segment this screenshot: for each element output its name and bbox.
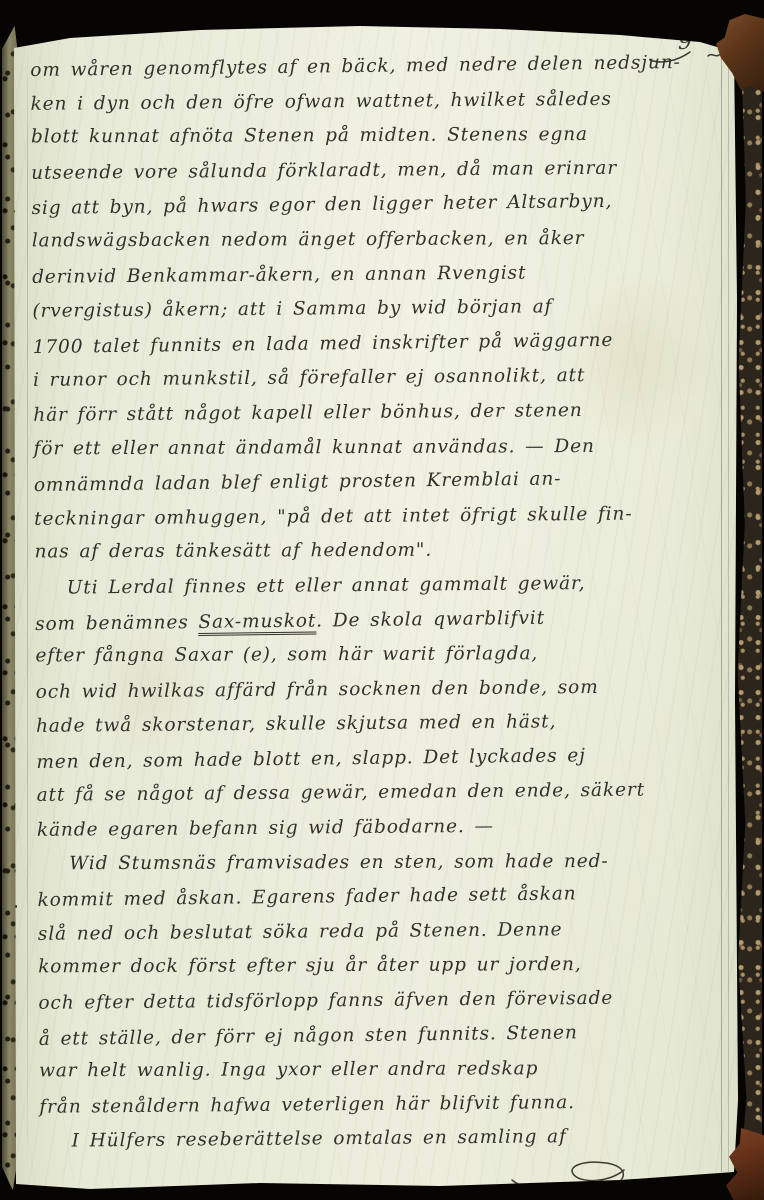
manuscript-line: här förr stått något kapell eller bönhus… [33,393,681,433]
line-text: men den, som hade blott en, slapp. Det l… [36,745,586,773]
line-text: som benämnes [35,611,199,634]
line-text: kände egaren befann sig wid fäbodarne. — [37,816,494,841]
line-text: utseende vore sålunda förklaradt, men, d… [31,158,617,184]
line-text: blott kunnat afnöta Stenen på midten. St… [31,124,588,147]
manuscript-line: ken i dyn och den öfre ofwan wattnet, hw… [30,82,678,122]
line-text: . De skola qwarblifvit [316,607,545,631]
line-text: (rvergistus) åkern; att i Samma by wid b… [32,296,552,322]
manuscript-lines: om wåren genomflytes af en bäck, med ned… [30,47,688,1160]
manuscript-line: sig att byn, på hwars egor den ligger he… [31,184,679,227]
line-text: sig att byn, på hwars egor den ligger he… [31,191,612,219]
line-text: Wid Stumsnäs framvisades en sten, som ha… [69,851,608,874]
line-text: och efter detta tidsförlopp fanns äfven … [38,988,613,1014]
line-text: om wåren genomflytes af en bäck, med ned… [30,52,681,81]
line-text: 1700 talet funnits en lada med inskrifte… [33,330,614,358]
line-text: slå ned och beslutat söka reda på Stenen… [38,919,563,945]
line-text: att få se något af dessa gewär, emedan d… [37,780,646,806]
manuscript-line: att få se något af dessa gewär, emedan d… [37,774,685,814]
manuscript-line: landswägsbacken nedom änget offerbacken,… [32,222,680,259]
line-text: från stenåldern hafwa veterligen här bli… [39,1092,575,1118]
line-text: ken i dyn och den öfre ofwan wattnet, hw… [31,88,612,114]
line-text: här förr stått något kapell eller bönhus… [33,400,582,426]
right-margin-rule [721,56,729,1172]
manuscript-line: Wid Stumsnäs framvisades en sten, som ha… [37,844,685,881]
line-text: för ett eller annat ändamål kunnat använ… [34,436,595,459]
line-text: å ett ställe, der förr ej någon sten fun… [39,1022,578,1050]
line-text: landswägsbacken nedom änget offerbacken,… [32,228,585,251]
line-text: war helt wanlig. Inga yxor eller andra r… [39,1058,538,1081]
manuscript-line: derinvid Benkammar-åkern, en annan Rveng… [32,255,680,295]
scanned-manuscript-page: 9 om wåren genomflytes af en bäck, med n… [0,0,764,1200]
manuscript-line: teckningar omhuggen, "på det att intet ö… [34,497,682,537]
manuscript-line: å ett ställe, der förr ej någon sten fun… [39,1015,687,1058]
line-text: I Hülfers reseberättelse omtalas en saml… [72,1127,567,1152]
manuscript-line: från stenåldern hafwa veterligen här bli… [39,1085,687,1125]
line-text: nas af deras tänkesätt af hedendom". [35,540,433,563]
line-text: derinvid Benkammar-åkern, en annan Rveng… [32,262,526,287]
manuscript-line: för ett eller annat ändamål kunnat använ… [34,429,682,466]
manuscript-line: blott kunnat afnöta Stenen på midten. St… [31,118,679,155]
line-text: Uti Lerdal finnes ett eller annat gammal… [67,573,586,599]
pen-flourish-icon [508,1148,634,1198]
manuscript-line: nas af deras tänkesätt af hedendom". [34,533,682,570]
line-text: hade twå skorstenar, skulle skjutsa med … [36,712,556,738]
line-text: och wid hwilkas affärd från socknen den … [36,677,599,703]
manuscript-line: i runor och munkstil, så förefaller ej o… [33,359,681,399]
manuscript-line: som benämnes Sax-muskot. De skola qwarbl… [35,600,683,643]
line-text: efter fångna Saxar (e), som här warit fö… [35,643,538,666]
line-text: kommit med åskan. Egarens fader hade set… [37,884,576,912]
line-text: i runor och munkstil, så förefaller ej o… [33,365,585,391]
underlined-term: Sax-muskot [198,610,316,635]
manuscript-line: slå ned och beslutat söka reda på Stenen… [38,912,686,952]
line-text: omnämnda ladan blef enligt prosten Kremb… [34,469,562,496]
manuscript-line: kände egaren befann sig wid fäbodarne. — [37,808,685,848]
line-text: kommer dock först efter sju år åter upp … [38,954,582,977]
line-text: teckningar omhuggen, "på det att intet ö… [34,503,632,529]
manuscript-text: om wåren genomflytes af en bäck, med ned… [30,47,688,1160]
manuscript-line: war helt wanlig. Inga yxor eller andra r… [39,1052,687,1089]
paper-sheet: 9 om wåren genomflytes af en bäck, med n… [0,0,764,1200]
book-page-edges-right [736,40,762,1190]
paper-crease [27,40,28,1180]
manuscript-line: kommer dock först efter sju år åter upp … [38,948,686,985]
manuscript-line: efter fångna Saxar (e), som här warit fö… [35,637,683,674]
manuscript-line: och wid hwilkas affärd från socknen den … [36,670,684,710]
